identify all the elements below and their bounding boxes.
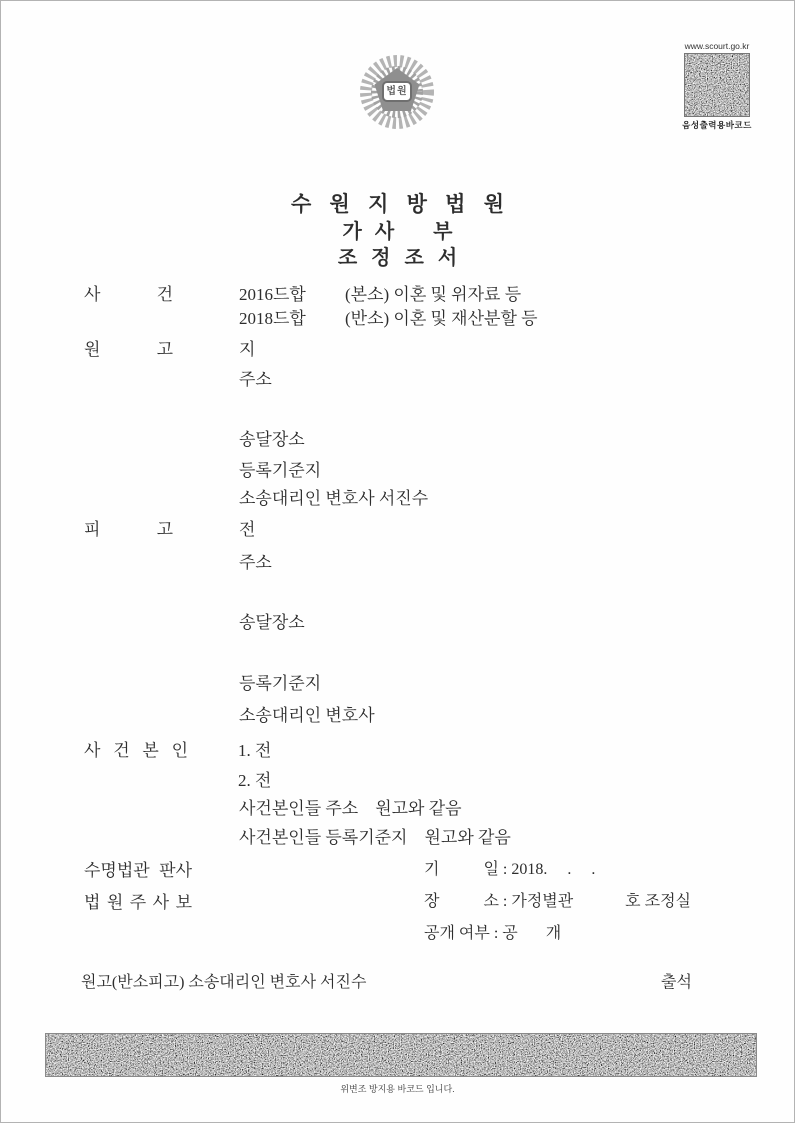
- plaintiff-name: 지: [239, 335, 255, 360]
- attendance-status: 출석: [661, 969, 692, 992]
- principals-registry-note: 사건본인들 등록기준지 원고와 같음: [239, 823, 511, 848]
- qr-barcode-icon: [684, 53, 750, 117]
- judge-label: 수명법관 판사: [84, 856, 192, 881]
- principal-2: 2. 전: [238, 766, 271, 791]
- defendant-registry-label: 등록기준지: [239, 669, 321, 694]
- audio-barcode-caption: 음성출력용바코드: [673, 119, 761, 131]
- antiforgery-caption: 위변조 방지용 바코드 입니다.: [1, 1082, 794, 1095]
- plaintiff-label: 원 고: [84, 335, 173, 360]
- hearing-date: 기 일 : 2018. . .: [424, 856, 595, 879]
- defendant-attorney: 소송대리인 변호사: [239, 701, 375, 726]
- case-label: 사 건: [84, 280, 173, 305]
- plaintiff-attorney: 소송대리인 변호사 서진수: [239, 484, 428, 509]
- principal-1: 1. 전: [238, 736, 271, 761]
- defendant-address-label: 주소: [239, 548, 272, 573]
- hearing-publicity: 공개 여부 : 공 개: [424, 920, 561, 943]
- clerk-label: 법 원 주 사 보: [84, 888, 192, 913]
- audio-barcode-block: www.scourt.go.kr 음성출력용바코드: [673, 41, 761, 131]
- principals-address-note: 사건본인들 주소 원고와 같음: [239, 794, 462, 819]
- defendant-name: 전: [239, 515, 255, 540]
- case-row: 2018드합(반소) 이혼 및 재산분할 등: [239, 304, 538, 329]
- antiforgery-barcode-icon: [45, 1033, 757, 1077]
- case-title: (반소) 이혼 및 재산분할 등: [345, 309, 538, 328]
- case-title: (본소) 이혼 및 위자료 등: [345, 285, 521, 304]
- attendance-line: 원고(반소피고) 소송대리인 변호사 서진수: [81, 969, 366, 992]
- court-website-url: www.scourt.go.kr: [673, 41, 761, 51]
- court-seal-label: 법원: [359, 82, 435, 97]
- plaintiff-address-label: 주소: [239, 365, 272, 390]
- defendant-label: 피 고: [84, 515, 173, 540]
- court-seal: 법원: [359, 53, 435, 131]
- hearing-place: 장 소 : 가정별관 호 조정실: [424, 888, 691, 911]
- case-row: 2016드합(본소) 이혼 및 위자료 등: [239, 280, 521, 305]
- court-name-title: 수 원 지 방 법 원: [1, 188, 794, 218]
- document-page: 법원 www.scourt.go.kr 음성출력용바코드 수 원 지 방 법 원…: [0, 0, 795, 1123]
- plaintiff-registry-label: 등록기준지: [239, 456, 321, 481]
- division-title: 가 사 부: [1, 215, 794, 244]
- plaintiff-service-address-label: 송달장소: [239, 425, 305, 450]
- defendant-service-address-label: 송달장소: [239, 608, 305, 633]
- document-type-title: 조 정 조 서: [1, 241, 794, 270]
- principals-label: 사 건 본 인: [84, 736, 188, 761]
- case-number: 2018드합: [239, 304, 345, 329]
- case-number: 2016드합: [239, 280, 345, 305]
